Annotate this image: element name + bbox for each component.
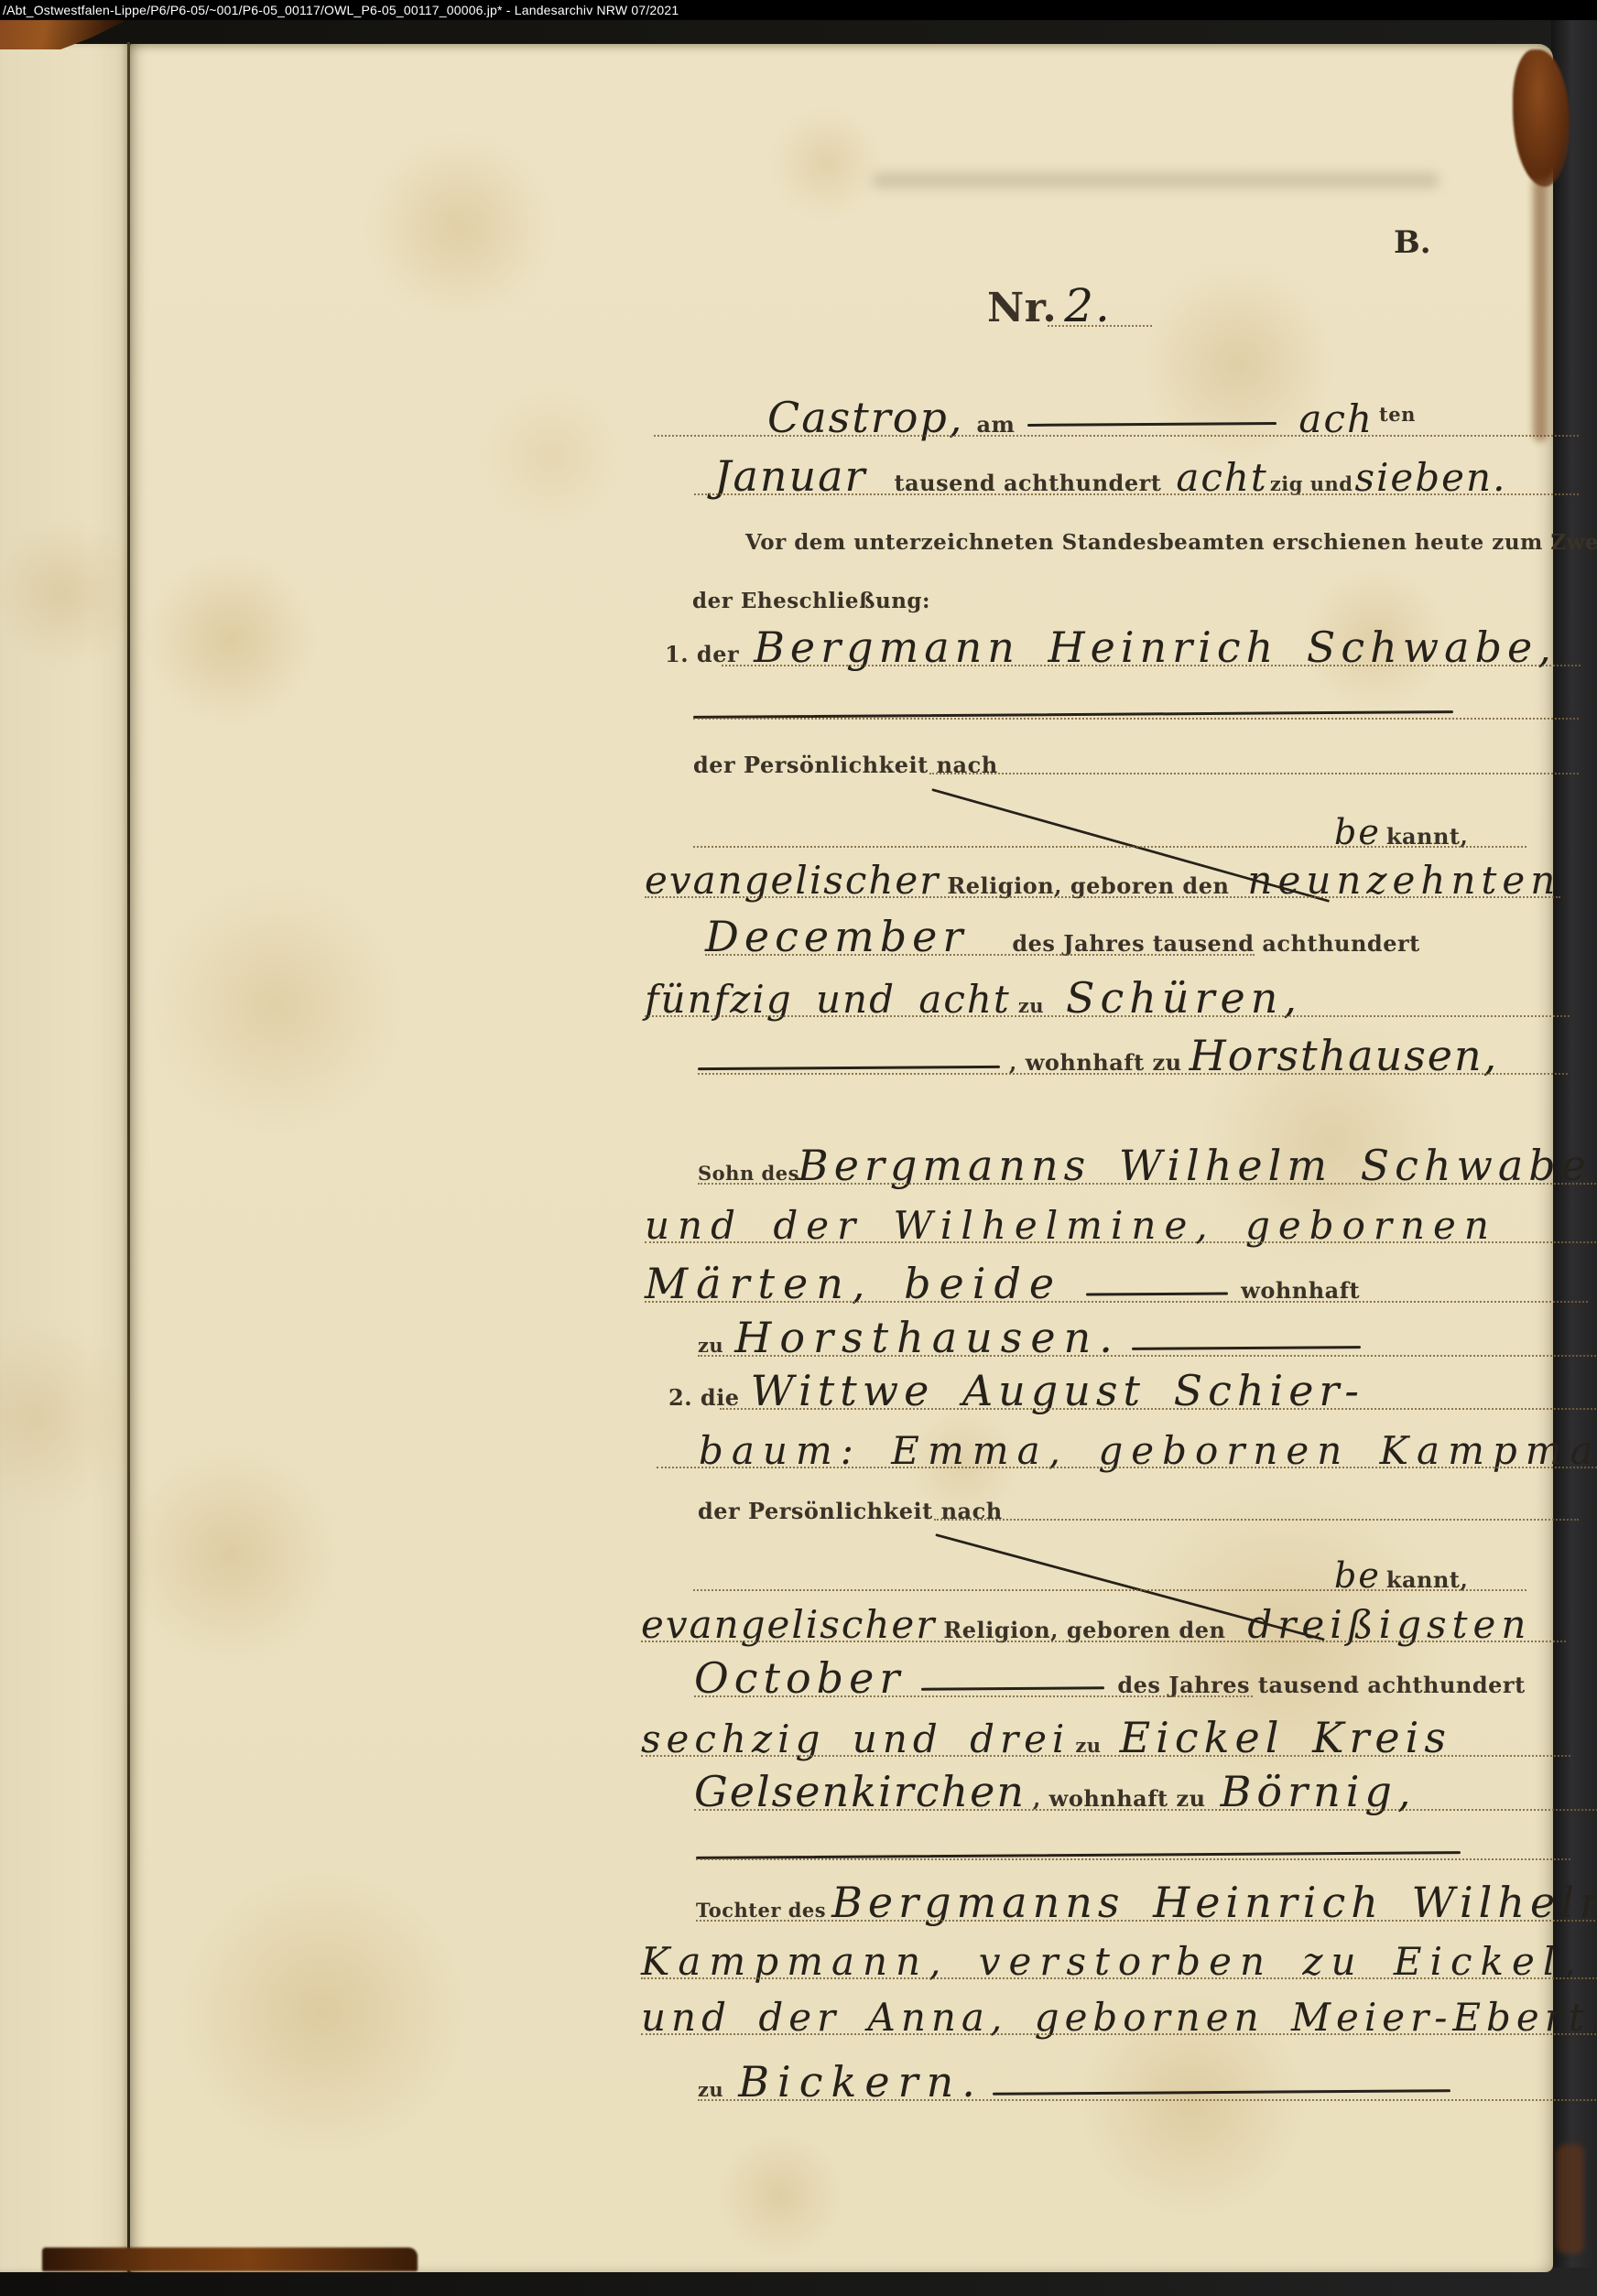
groom-name-handwritten: Bergmann Heinrich Schwabe, <box>754 626 1557 668</box>
bride-lineage-label: Tochter des <box>696 1901 826 1920</box>
groom-birth-year-line: fünfzig und acht zu Schüren, <box>645 977 1570 1019</box>
date-place-handwritten: Castrop, <box>767 396 963 439</box>
bride-birth-day-handwritten: dreißigsten <box>1247 1606 1531 1644</box>
window-title-text: /Abt_Ostwestfalen-Lippe/P6/P6-05/~001/P6… <box>0 4 679 16</box>
intro-text-2: der Eheschließung: <box>692 590 930 612</box>
date-day-suffix-label: ten <box>1379 405 1416 424</box>
groom-mother-line-2: Märten, beide wohnhaft <box>645 1262 1588 1305</box>
groom-known-label: kannt, <box>1386 826 1469 848</box>
groom-residence-label: , wohnhaft zu <box>1009 1052 1182 1074</box>
bride-known-handwritten: be <box>1334 1558 1381 1593</box>
groom-birth-month-handwritten: December <box>705 915 968 958</box>
date-line-year: Januar tausend achthundert acht zig und … <box>694 455 1579 497</box>
bride-father-handwritten-1: Bergmanns Heinrich Wilhelm <box>831 1881 1597 1923</box>
date-tens-suffix-label: zig und <box>1270 474 1353 493</box>
groom-identity-line: der Persönlichkeit nach <box>693 754 1579 776</box>
bride-identity-label: der Persönlichkeit nach <box>698 1500 1003 1522</box>
date-century-label: tausend achthundert <box>895 472 1162 494</box>
groom-known-line: be kannt, <box>693 815 1526 850</box>
groom-wohnhaft-label: wohnhaft <box>1241 1280 1360 1302</box>
empty-field-line <box>696 1831 1570 1862</box>
intro-line-2: der Eheschließung: <box>692 590 930 612</box>
groom-zu2-label: zu <box>698 1336 723 1355</box>
groom-index-label: 1. der <box>665 644 739 666</box>
blank-field-stroke <box>698 1066 1000 1070</box>
bride-identity-line: der Persönlichkeit nach <box>698 1500 1579 1522</box>
groom-residence-handwritten: Horsthausen, <box>1190 1034 1499 1077</box>
groom-religion-handwritten: evangelischer <box>645 861 940 900</box>
archive-viewer-window: /Abt_Ostwestfalen-Lippe/P6/P6-05/~001/P6… <box>0 0 1597 2296</box>
groom-parents-residence-line: zu Horsthausen. <box>698 1316 1597 1359</box>
bride-name-line-1: 2. die Wittwe August Schier- <box>668 1370 1597 1412</box>
groom-zu-label: zu <box>1018 996 1044 1015</box>
date-day-handwritten: ach <box>1298 400 1374 439</box>
blank-field-stroke <box>993 2089 1450 2095</box>
intro-text-1: Vor dem unterzeichneten Standesbeamten e… <box>745 532 1597 553</box>
bride-religion-line: evangelischer Religion, geboren den drei… <box>641 1606 1566 1644</box>
groom-parents-residence-handwritten: Horsthausen. <box>734 1316 1121 1359</box>
date-month-handwritten: Januar <box>714 455 867 497</box>
bride-parents-residence-handwritten: Bickern. <box>738 2061 983 2103</box>
intro-line-1: Vor dem unterzeichneten Standesbeamten e… <box>745 532 1597 553</box>
bride-birth-place-handwritten-2: Gelsenkirchen <box>694 1771 1026 1813</box>
bride-birth-year-line: sechzig und drei zu Eickel Kreis <box>641 1717 1570 1759</box>
bride-birth-month-handwritten: October <box>694 1657 905 1699</box>
groom-religion-label: Religion, geboren den <box>947 875 1229 897</box>
groom-known-handwritten: be <box>1334 815 1381 850</box>
leather-edge-bottom-right <box>1557 2144 1584 2254</box>
groom-religion-line: evangelischer Religion, geboren den neun… <box>645 861 1560 900</box>
bride-zu-label: zu <box>1075 1736 1101 1755</box>
groom-father-handwritten: Bergmanns Wilhelm Schwabe, <box>798 1144 1597 1186</box>
ink-bleedthrough <box>872 172 1439 189</box>
bride-father-line-1: Tochter des Bergmanns Heinrich Wilhelm <box>696 1881 1597 1923</box>
record-nr-label: Nr. <box>987 288 1057 329</box>
book-cover-background: B. Nr. 2. Castrop, am ach ten Januar tau… <box>0 20 1597 2296</box>
bride-residence-line: Gelsenkirchen , wohnhaft zu Börnig, <box>694 1771 1597 1813</box>
bride-residence-label: , wohnhaft zu <box>1033 1788 1206 1810</box>
groom-birth-year-handwritten: fünfzig und acht <box>645 980 1011 1019</box>
registry-page: B. Nr. 2. Castrop, am ach ten Januar tau… <box>130 44 1553 2272</box>
blank-field-stroke <box>1086 1292 1228 1295</box>
groom-birth-month-line: December des Jahres tausend achthundert <box>705 915 1575 958</box>
bride-year-label: des Jahres tausend achthundert <box>1117 1674 1525 1696</box>
bride-parents-residence-line: zu Bickern. <box>698 2061 1597 2103</box>
bride-name-line-2: baum: Emma, gebornen Kampmann, <box>657 1432 1597 1470</box>
empty-field-line <box>693 690 1579 721</box>
groom-mother-handwritten-2: Märten, beide <box>645 1262 1062 1305</box>
date-year-ones-handwritten: sieben. <box>1354 459 1506 497</box>
groom-year-label: des Jahres tausend achthundert <box>1012 933 1419 955</box>
blank-field-stroke <box>1132 1346 1361 1350</box>
leather-edge-bottom-left <box>42 2247 418 2271</box>
record-number-handwritten: 2. <box>1064 283 1112 329</box>
bride-name-handwritten-2: baum: Emma, gebornen Kampmann, <box>699 1432 1597 1470</box>
form-corner-letter: B. <box>1394 227 1431 258</box>
blank-field-stroke <box>1027 422 1277 427</box>
bride-religion-handwritten: evangelischer <box>641 1606 936 1644</box>
bride-residence-handwritten: Börnig, <box>1221 1771 1417 1813</box>
bride-birth-place-handwritten-1: Eickel Kreis <box>1120 1717 1451 1759</box>
record-number-line: Nr. 2. <box>987 283 1152 329</box>
groom-birth-place-handwritten: Schüren, <box>1066 977 1302 1019</box>
groom-residence-line: , wohnhaft zu Horsthausen, <box>698 1034 1568 1077</box>
groom-name-line: 1. der Bergmann Heinrich Schwabe, <box>665 626 1581 668</box>
bride-religion-label: Religion, geboren den <box>943 1619 1225 1641</box>
leather-stain-right-edge <box>1533 176 1548 441</box>
groom-mother-handwritten-1: und der Wilhelmine, gebornen <box>645 1207 1497 1245</box>
bride-known-line: be kannt, <box>693 1558 1526 1593</box>
bride-father-line-2: Kampmann, verstorben zu Eickel, <box>641 1943 1597 1981</box>
bride-birth-year-handwritten: sechzig und drei <box>641 1720 1070 1759</box>
bride-birth-month-line: October des Jahres tausend achthundert <box>694 1657 1573 1699</box>
bride-father-handwritten-2: Kampmann, verstorben zu Eickel, <box>641 1943 1584 1981</box>
groom-birth-day-handwritten: neunzehnten <box>1247 861 1560 900</box>
date-line-place: Castrop, am ach ten <box>654 396 1579 439</box>
bride-zu2-label: zu <box>698 2080 723 2099</box>
crossout-rule <box>696 1851 1461 1859</box>
bride-mother-handwritten: und der Anna, gebornen Meier-Ebert, <box>641 1998 1597 2037</box>
groom-identity-label: der Persönlichkeit nach <box>693 754 998 776</box>
groom-mother-line-1: und der Wilhelmine, gebornen <box>645 1207 1597 1245</box>
groom-lineage-label: Sohn des <box>698 1164 799 1183</box>
groom-father-line: Sohn des Bergmanns Wilhelm Schwabe, <box>698 1144 1597 1186</box>
date-year-tens-handwritten: acht <box>1176 459 1268 497</box>
bride-known-label: kannt, <box>1386 1569 1469 1591</box>
date-am-label: am <box>976 414 1015 436</box>
window-titlebar: /Abt_Ostwestfalen-Lippe/P6/P6-05/~001/P6… <box>0 0 1597 20</box>
previous-page-edge <box>0 44 129 2272</box>
bride-name-handwritten-1: Wittwe August Schier- <box>751 1370 1364 1412</box>
bride-mother-line: und der Anna, gebornen Meier-Ebert, wohn… <box>641 1998 1597 2037</box>
bride-index-label: 2. die <box>668 1387 740 1409</box>
blank-field-stroke <box>921 1686 1104 1690</box>
crossout-rule <box>693 710 1453 719</box>
